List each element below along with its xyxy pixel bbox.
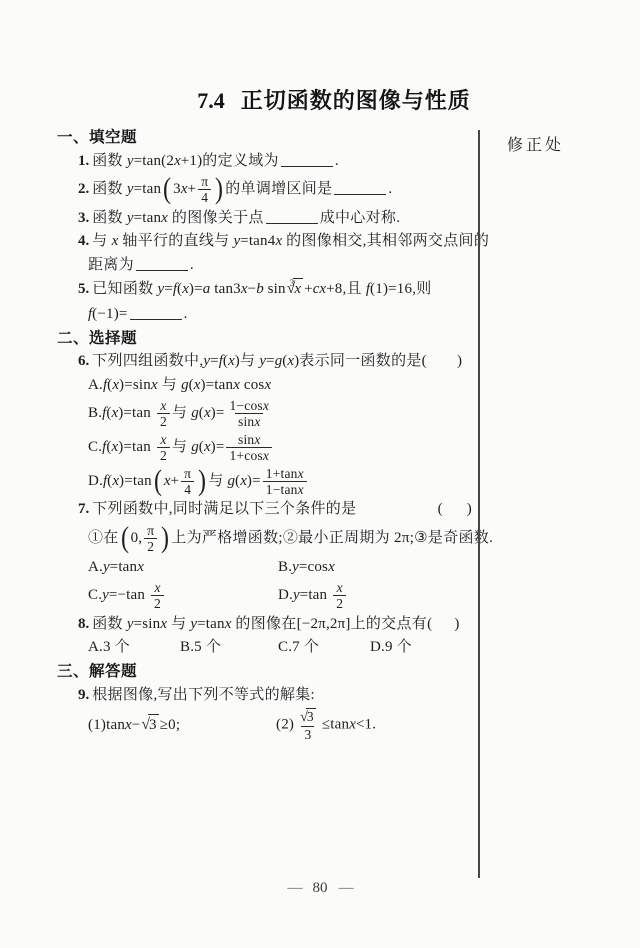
- question-number: 3.: [78, 210, 89, 226]
- text-run: 下列函数中,同时满足以下三个条件的是: [92, 501, 356, 517]
- math-variable: x: [328, 559, 335, 575]
- question-line: 7.下列函数中,同时满足以下三个条件的是(): [57, 499, 472, 520]
- text-run: =tan: [134, 181, 162, 197]
- fraction-numerator: π: [181, 466, 194, 481]
- text-run: =tan(2: [134, 153, 174, 169]
- text-run: =: [210, 353, 219, 369]
- answer-blank: [334, 179, 386, 195]
- math-variable: g: [181, 377, 189, 393]
- math-variable: y: [127, 153, 134, 169]
- fraction-denominator: 1−tanx: [263, 481, 307, 497]
- fraction-numerator: x: [152, 580, 164, 595]
- question-line: f(−1)=.: [57, 304, 472, 325]
- answer-blank: [266, 208, 318, 224]
- fraction: sinx1+cosx: [226, 432, 271, 463]
- text-run: 与: [92, 233, 111, 249]
- math-variable: y: [127, 181, 134, 197]
- left-paren: (: [121, 524, 129, 553]
- fraction: 1+tanx1−tanx: [263, 466, 307, 497]
- math-variable: x: [349, 717, 356, 733]
- text-run: 函数: [92, 181, 127, 197]
- text-run: 的图像相交,其相邻两交点间的: [282, 233, 489, 249]
- text-run: 与: [240, 353, 259, 369]
- text-run: 的图像在: [231, 616, 296, 632]
- text-run: 个: [397, 639, 412, 655]
- fraction: x2: [157, 398, 170, 429]
- text-run: 已知函数: [92, 281, 157, 297]
- text-run: =: [164, 281, 173, 297]
- math-variable: b: [256, 281, 264, 297]
- text-run: A.: [88, 377, 103, 393]
- text-run: ): [467, 501, 472, 517]
- fraction-numerator: 1+tanx: [263, 466, 307, 481]
- math-variable: g: [191, 405, 199, 421]
- page-footer: —80—: [0, 880, 640, 897]
- left-paren: (: [154, 467, 162, 496]
- option-cell: B.5 个: [180, 637, 278, 658]
- text-run: cos: [240, 377, 265, 393]
- text-run: C.7: [278, 639, 304, 655]
- text-run: A.3: [88, 639, 115, 655]
- text-run: A.: [88, 559, 103, 575]
- math-variable: x: [298, 466, 304, 481]
- fraction-denominator: 2: [333, 595, 346, 611]
- text-run: 成中心对称.: [320, 210, 401, 226]
- fraction-denominator: 2: [151, 595, 164, 611]
- right-paren: ): [215, 175, 223, 204]
- text-run: =sin: [134, 616, 161, 632]
- text-run: =tan: [300, 587, 332, 603]
- text-run: )=: [211, 439, 225, 455]
- section-heading: 一、填空题: [57, 127, 472, 148]
- text-run: )=: [247, 473, 261, 489]
- math-variable: x: [125, 717, 132, 733]
- text-run: =: [266, 353, 275, 369]
- question-line: 4.与 x 轴平行的直线与 y=tan4x 的图像相交,其相邻两交点间的: [57, 231, 472, 252]
- question-line: A.y=tanxB.y=cosx: [57, 557, 472, 578]
- text-run: 的定义域为: [202, 153, 279, 169]
- correction-margin-rule: [478, 130, 480, 878]
- fraction-numerator: x: [157, 398, 169, 413]
- text-run: 2: [160, 448, 167, 463]
- text-run: +8: [326, 281, 342, 297]
- spacer: [432, 627, 454, 628]
- text-run: 轴平行的直线与: [118, 233, 233, 249]
- text-run: D.: [278, 587, 293, 603]
- math-variable: x: [181, 181, 188, 197]
- text-run: +: [304, 281, 313, 297]
- text-run: 4: [184, 482, 191, 497]
- text-run: =−tan: [109, 587, 149, 603]
- fraction-numerator: x: [334, 580, 346, 595]
- text-run: 3: [304, 727, 311, 742]
- text-run: )=tan: [119, 473, 152, 489]
- text-run: 1−tan: [266, 482, 298, 497]
- text-run: 3: [173, 181, 181, 197]
- question-line: 6.下列四组函数中,y=f(x)与 y=g(x)表示同一函数的是(): [57, 351, 472, 372]
- fraction-numerator: 1−cosx: [226, 398, 271, 413]
- text-run: )=tan: [118, 405, 155, 421]
- option-cell: B.y=cosx: [278, 557, 468, 578]
- question-number: 8.: [78, 616, 89, 632]
- text-run: sin: [238, 432, 254, 447]
- fraction-denominator: 2: [144, 538, 157, 554]
- text-run: 个: [115, 639, 130, 655]
- parenthesis-group: (x+π4): [153, 466, 207, 497]
- fraction-numerator: π: [144, 523, 157, 538]
- answer-parens: (): [438, 499, 472, 520]
- fraction: x2: [333, 580, 346, 611]
- text-run: (: [438, 501, 443, 517]
- paren-content: x+π4: [163, 466, 197, 497]
- paren-content: 3x+π4: [172, 174, 214, 205]
- math-variable: x: [137, 559, 144, 575]
- fraction-denominator: 2: [157, 413, 170, 429]
- fraction-denominator: sinx: [235, 413, 263, 429]
- parenthesis-group: (0,π2): [120, 523, 171, 554]
- fraction-denominator: 4: [198, 189, 211, 205]
- math-variable: y: [102, 587, 109, 603]
- text-run: 2: [154, 596, 161, 611]
- question-line: 距离为.: [57, 255, 472, 276]
- question-number: 5.: [78, 281, 89, 297]
- question-number: 1.: [78, 153, 89, 169]
- question-line: ①在(0,π2)上为严格增函数;②最小正周期为 2π;③是奇函数.: [57, 523, 472, 554]
- text-run: =tan: [110, 559, 138, 575]
- math-variable: g: [191, 439, 199, 455]
- option-cell: D.9 个: [370, 637, 412, 658]
- text-run: sin: [264, 281, 286, 297]
- math-variable: x: [263, 398, 269, 413]
- math-variable: x: [155, 580, 161, 595]
- text-run: .: [190, 257, 194, 273]
- text-run: )=: [189, 281, 203, 297]
- text-run: 个: [304, 639, 319, 655]
- text-run: 个: [206, 639, 221, 655]
- text-run: 上为严格增函数;②最小正周期为 2π;③是奇函数.: [171, 530, 493, 546]
- option-cell: A.3 个: [88, 637, 180, 658]
- question-line: A.f(x)=sinx 与 g(x)=tanx cosx: [57, 375, 472, 396]
- math-variable: y: [103, 559, 110, 575]
- text-run: +: [170, 473, 179, 489]
- text-run: 上的交点有(: [351, 616, 433, 632]
- option-cell: C.7 个: [278, 637, 370, 658]
- question-line: 8.函数 y=sinx 与 y=tanx 的图像在[−2π,2π]上的交点有(): [57, 614, 472, 635]
- answer-blank: [136, 255, 188, 271]
- fraction-denominator: 1+cosx: [226, 447, 271, 463]
- text-run: D.9: [370, 639, 397, 655]
- text-run: 与: [158, 377, 181, 393]
- text-run: −: [132, 717, 141, 733]
- text-run: =tan: [134, 210, 162, 226]
- text-run: 2: [147, 539, 154, 554]
- answer-blank: [130, 304, 182, 320]
- question-number: 4.: [78, 233, 89, 249]
- question-number: 6.: [78, 353, 89, 369]
- text-run: −: [248, 281, 257, 297]
- text-run: 的图像关于点: [168, 210, 264, 226]
- radicand: 3: [306, 708, 316, 724]
- math-variable: x: [228, 353, 235, 369]
- text-run: ①在: [88, 530, 119, 546]
- fraction: 1−cosxsinx: [226, 398, 271, 429]
- parenthesis-group: (3x+π4): [162, 174, 224, 205]
- fraction: x2: [157, 432, 170, 463]
- math-variable: x: [240, 473, 247, 489]
- paren-content: 0,π2: [130, 523, 161, 554]
- fraction: π4: [198, 174, 211, 205]
- text-run: ,则: [412, 281, 431, 297]
- text-run: ≥0;: [160, 717, 181, 733]
- math-variable: x: [254, 414, 260, 429]
- math-variable: x: [294, 281, 301, 297]
- fraction: π4: [181, 466, 194, 497]
- text-run: =tan: [197, 616, 225, 632]
- questions-area: 一、填空题1.函数 y=tan(2x+1)的定义域为.2.函数 y=tan(3x…: [57, 124, 472, 745]
- text-run: π: [184, 466, 191, 481]
- text-run: 4: [201, 190, 208, 205]
- text-run: B.: [278, 559, 292, 575]
- fraction-denominator: 3: [301, 726, 314, 742]
- text-run: =tan4: [240, 233, 275, 249]
- math-variable: x: [160, 398, 166, 413]
- text-run: C.: [88, 439, 102, 455]
- radicand: x: [293, 278, 303, 300]
- math-variable: x: [298, 482, 304, 497]
- text-run: .: [184, 306, 188, 322]
- correction-margin-label: 修正处: [507, 132, 564, 155]
- text-run: 2: [160, 414, 167, 429]
- text-run: 根据图像,写出下列不等式的解集:: [92, 687, 315, 703]
- radical: √3: [300, 708, 316, 726]
- fraction: √33: [296, 708, 320, 742]
- text-run: ,且: [342, 281, 365, 297]
- text-run: 2: [336, 596, 343, 611]
- right-paren: ): [161, 524, 169, 553]
- text-run: C.: [88, 587, 102, 603]
- text-run: [−2π,2π]: [297, 616, 351, 632]
- footer-dash-left: —: [288, 880, 302, 896]
- text-run: 表示同一函数的是(: [299, 353, 427, 369]
- question-line: A.3 个B.5 个C.7 个D.9 个: [57, 637, 472, 658]
- fraction-denominator: 2: [157, 447, 170, 463]
- math-variable: g: [228, 473, 236, 489]
- math-variable: x: [263, 448, 269, 463]
- text-run: 1+cos: [229, 448, 262, 463]
- text-run: ): [454, 616, 459, 632]
- text-run: <1.: [356, 717, 376, 733]
- math-variable: x: [182, 281, 189, 297]
- question-line: 9.根据图像,写出下列不等式的解集:: [57, 685, 472, 706]
- math-variable: x: [174, 153, 181, 169]
- math-variable: x: [160, 616, 167, 632]
- text-run: (−1)=: [92, 306, 127, 322]
- text-run: )=tan: [200, 377, 233, 393]
- text-run: (2): [276, 717, 294, 733]
- text-run: 1−cos: [229, 398, 262, 413]
- text-run: 距离为: [88, 257, 134, 273]
- text-run: tan3: [210, 281, 241, 297]
- math-variable: y: [127, 210, 134, 226]
- text-run: 函数: [92, 616, 127, 632]
- text-run: 0,: [131, 530, 143, 546]
- option-cell: C.y=−tan x2: [88, 580, 278, 611]
- fraction: x2: [151, 580, 164, 611]
- math-variable: x: [160, 432, 166, 447]
- option-cell: (2)√33≤tanx<1.: [276, 708, 464, 742]
- math-variable: x: [264, 377, 271, 393]
- section-number: 7.4: [197, 88, 225, 113]
- fraction-numerator: sinx: [235, 432, 263, 447]
- text-run: 与: [167, 616, 190, 632]
- text-run: (1)tan: [88, 717, 125, 733]
- option-cell: (1)tanx−√3≥0;: [88, 714, 276, 736]
- text-run: 下列四组函数中,: [92, 353, 203, 369]
- text-run: D.: [88, 473, 103, 489]
- math-variable: x: [161, 210, 168, 226]
- text-run: B.5: [180, 639, 206, 655]
- spacer: [443, 512, 467, 513]
- fraction-numerator: √3: [296, 708, 320, 726]
- radical: 3√x: [287, 278, 303, 301]
- fraction-numerator: x: [157, 432, 169, 447]
- question-line: 2.函数 y=tan(3x+π4)的单调增区间是.: [57, 174, 472, 205]
- fraction: π2: [144, 523, 157, 554]
- question-line: B.f(x)=tan x2与 g(x)=1−cosxsinx: [57, 398, 472, 429]
- text-run: π: [147, 523, 154, 538]
- text-run: sin: [238, 414, 254, 429]
- math-variable: x: [233, 377, 240, 393]
- right-paren: ): [198, 467, 206, 496]
- line-text: 下列函数中,同时满足以下三个条件的是: [92, 499, 356, 520]
- text-run: 3: [307, 709, 314, 724]
- text-run: )=sin: [119, 377, 151, 393]
- text-run: .: [335, 153, 339, 169]
- fraction-denominator: 4: [181, 481, 194, 497]
- footer-dash-right: —: [339, 880, 353, 896]
- text-run: 与: [172, 439, 191, 455]
- fraction-numerator: π: [198, 174, 211, 189]
- radical: √3: [141, 714, 158, 736]
- math-variable: y: [127, 616, 134, 632]
- question-line: 1.函数 y=tan(2x+1)的定义域为.: [57, 151, 472, 172]
- text-run: )=: [211, 405, 225, 421]
- question-line: (1)tanx−√3≥0;(2)√33≤tanx<1.: [57, 708, 472, 742]
- math-variable: x: [151, 377, 158, 393]
- text-run: +: [188, 181, 197, 197]
- question-line: C.f(x)=tan x2与 g(x)=sinx1+cosx: [57, 432, 472, 463]
- text-run: )=tan: [118, 439, 155, 455]
- option-cell: D.y=tan x2: [278, 580, 468, 611]
- math-variable: x: [337, 580, 343, 595]
- text-run: 与: [172, 405, 191, 421]
- answer-blank: [281, 151, 333, 167]
- math-variable: x: [204, 405, 211, 421]
- text-run: π: [201, 174, 208, 189]
- text-run: 的单调增区间是: [225, 181, 332, 197]
- spacer: [427, 364, 457, 365]
- text-run: 3: [149, 717, 157, 733]
- question-number: 7.: [78, 499, 89, 520]
- page-title: 7.4正切函数的图像与性质: [14, 84, 640, 115]
- question-number: 9.: [78, 687, 89, 703]
- math-variable: x: [204, 439, 211, 455]
- text-run: ≤tan: [322, 717, 349, 733]
- question-line: D.f(x)=tan(x+π4)与 g(x)=1+tanx1−tanx: [57, 466, 472, 497]
- text-run: +1): [181, 153, 203, 169]
- text-run: =cos: [299, 559, 328, 575]
- question-line: 5.已知函数 y=f(x)=a tan3x−b sin3√x+cx+8,且 f(…: [57, 278, 472, 301]
- math-variable: y: [292, 559, 299, 575]
- math-variable: y: [293, 587, 300, 603]
- text-run: 函数: [92, 210, 127, 226]
- text-run: 函数: [92, 153, 127, 169]
- left-paren: (: [163, 175, 171, 204]
- text-run: (1)=16: [370, 281, 412, 297]
- page-number: 80: [313, 880, 328, 896]
- question-line: C.y=−tan x2D.y=tan x2: [57, 580, 472, 611]
- text-run: 1+tan: [266, 466, 298, 481]
- math-variable: x: [241, 281, 248, 297]
- text-run: ): [457, 353, 462, 369]
- text-run: B.: [88, 405, 102, 421]
- radicand: 3: [148, 714, 159, 736]
- section-heading: 二、选择题: [57, 328, 472, 349]
- text-run: .: [388, 181, 392, 197]
- text-run: 与: [208, 473, 227, 489]
- section-heading: 三、解答题: [57, 661, 472, 682]
- option-cell: A.y=tanx: [88, 557, 278, 578]
- math-variable: x: [254, 432, 260, 447]
- question-line: 3.函数 y=tanx 的图像关于点成中心对称.: [57, 208, 472, 229]
- question-number: 2.: [78, 181, 89, 197]
- title-text: 正切函数的图像与性质: [241, 88, 471, 113]
